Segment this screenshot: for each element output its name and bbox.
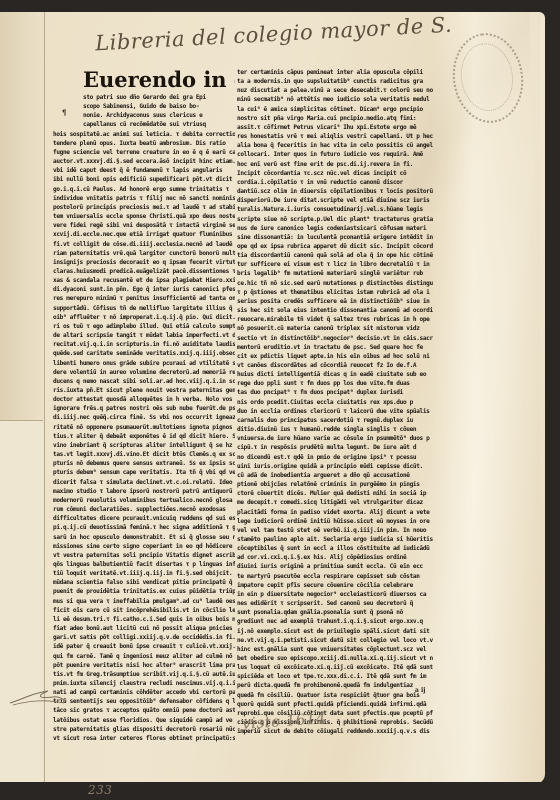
text-line: bris legalib⁹ fm mutationē materiarū sin…: [237, 269, 433, 278]
text-line: mūdana scientia falso sibi vendicat piti…: [53, 578, 235, 587]
text-line: ad cor.vi.cxi.q.i.§.ex his. Alij cōpēdio…: [237, 553, 433, 562]
text-line: ducens q nemo nascat̄ sibi soli.ar.ad ho…: [53, 377, 235, 386]
text-line: tendere plenū opus. Iuxta beatū ambrosiu…: [53, 139, 235, 148]
text-line: ij.nō exemplo.sicut est de priuilegio sp…: [237, 627, 433, 636]
text-line: auctor.vt.xxxvj.di.§.sed eccera.āsō inci…: [53, 157, 235, 166]
text-line: in ein p diuersitate negocior⁹ eccleiast…: [237, 590, 433, 599]
text-line: ctorē cōuertit dicēs. Mulier quā dedisti…: [237, 489, 433, 498]
text-line: xcvij.di.eccle.nec.que etiā irrigat̄ qua…: [53, 230, 235, 239]
text-line: stre paternitatis glias dispositi decret…: [53, 725, 235, 734]
text-line: scopo Sabinensi, Guido de baiso bo-: [53, 102, 235, 111]
text-line: ri os tuū τ ego adimplebo illud. Qui eti…: [53, 322, 235, 331]
text-line: tem vniuersalis eccle sponse Christi.quā…: [53, 212, 235, 221]
text-line: Incipit cōcordantia τc.scz nūc.vel dicas…: [237, 169, 433, 178]
text-line: turalis.Natura.i.iuris consuetudinarij.v…: [237, 205, 433, 214]
text-line: res honestatis vrē τ mei aliqlis vestri …: [237, 132, 433, 141]
text-line: fiat adeo bonū.aut licitū cui nō possit …: [53, 624, 235, 633]
text-line: claras.huiusmodi predicā.euāgelizāt pacē…: [53, 267, 235, 276]
left-column-body: hois sospitatē.ac animi sui leticia. τ d…: [53, 130, 235, 743]
text-line: assit.τ cōfirmet Petrus vicari⁹ Ihu xpi.…: [237, 123, 433, 132]
signature-mark: a ij: [415, 687, 425, 694]
text-line: sarū in hoc opusculo demonstrabit. Et si…: [53, 533, 235, 542]
text-line: nes edidērit τ scripserit. Sed canonū se…: [237, 599, 433, 608]
text-line: dere volentiū in aureo volumine decretor…: [53, 368, 235, 377]
text-line: supportādū. Cōfisus tñ de mellifluo larg…: [53, 304, 235, 313]
text-line: τ p q̄stiones et thematibus elicitas ist…: [237, 288, 433, 297]
text-line: minū secmatib⁹ nō attētis meo iudicio so…: [237, 95, 433, 104]
text-line: cipū.τ in respōsis prudētū multa legunt̄…: [237, 443, 433, 452]
text-line: tas.vt legit̄.xxxvj.di.vino.Et dicit btū…: [53, 450, 235, 459]
text-line: postolorū principis preciosis mei.τ ad l…: [53, 203, 235, 212]
text-line: nus de iure canonico legis codeniastsica…: [237, 224, 433, 233]
text-line: vere fidei regē sibi vni desposātā τ int…: [53, 221, 235, 230]
text-line: alia bona q̄ feceritis in hac vita in ce…: [237, 141, 433, 150]
text-line: ope qd̄ ex ipsa rubrica apparet dū dicit…: [237, 242, 433, 251]
text-line: tur sufficere ei visum est τ licz in lib…: [237, 260, 433, 269]
text-line: sectio vt in distinctōib⁹.negocior⁹ deci…: [237, 334, 433, 343]
text-line: missiones sine certo signo coperiant̄ in…: [53, 542, 235, 551]
text-line: ter certaminis cāpus pemineat inter alia…: [237, 68, 433, 77]
text-line: fi.vt colligit̄ de cōse.di.iiij.ecclesia…: [53, 240, 235, 249]
text-line: reuocare.mirabile tñ videt̄ q̄ saltez tr…: [237, 315, 433, 324]
text-line: sine dissonantiā: in luculentā pconantiā…: [237, 233, 433, 242]
text-line: vt sicut rosa inter ceteros flores obtin…: [53, 734, 235, 743]
text-line: ditio.diuinū ius τ humanū.redde singla s…: [237, 425, 433, 434]
text-line: diuini iuris originē a primitiua sumit̄ …: [237, 562, 433, 571]
text-line: tius.τ aliter q̄ debeāt exponētes ē id q…: [53, 432, 235, 441]
text-line: li eē desum.tri.τ fi.catho.c.i.Sed quis …: [53, 615, 235, 624]
text-line: no dicendū est.τ qdē in pmio de origine …: [237, 453, 433, 462]
text-line: latōibus ostat esse floridios. Que siqui…: [53, 716, 235, 725]
text-line: oib⁹ affluēter τ nō improperat.i.q.ij.q̄…: [53, 313, 235, 322]
text-line: hois sospitatē.ac animi sui leticia. τ d…: [53, 130, 235, 139]
text-line: de altari scripsie tangit τ mūdat labia …: [53, 331, 235, 340]
text-line: placitādi forma in padiso videt̄ exorta.…: [237, 508, 433, 517]
text-line: ris.iuxta pñ.Et sicut plene nouit vestra…: [53, 386, 235, 395]
text-line: sto patri suo dño Gerardo dei gra Epi: [53, 93, 235, 102]
text-line: res merepuro minimū τ penitus insufficie…: [53, 294, 235, 303]
text-line: rum cōmuni declaratiōes. supplectiōes.ne…: [53, 505, 235, 514]
text-line: cit ex pdictis liquet apte.in his eīn oī…: [237, 352, 433, 361]
text-line: te martyrū psecutōe eccl̄a respirare cep…: [237, 572, 433, 581]
folio-number: 233: [88, 783, 112, 797]
text-line: disperiorū.De iure ditat.scripte vel eti…: [237, 196, 433, 205]
text-line: pi.q.ij.cū deuotissimā feminā.τ hec sign…: [53, 523, 235, 532]
page-fold-highlight: [430, 12, 540, 784]
text-line: riam paternitatis vrē.quā largitor cunct…: [53, 249, 235, 258]
text-line: spiciēda et loco et tpe.τc.xxx.di.c.i. I…: [237, 672, 433, 681]
text-line: scripte siue nō scripte.p.Uel dic plant⁹…: [237, 215, 433, 224]
text-line: sis hec sit sola eius intentio dissonant…: [237, 306, 433, 315]
text-line: pnim.iuxta silencij claustra recludi nes…: [53, 679, 235, 688]
text-line: qui fm carnē. Tamē q ingeniosi meuz alit…: [53, 652, 235, 661]
text-line: vino inebriant̄ q̄ scripturas aliter int…: [53, 441, 235, 450]
text-line: mentorū eruditio.vt in tractatu de psc. …: [237, 343, 433, 352]
text-line: nostro sit pña virgo Maria.cui pncipio.m…: [237, 114, 433, 123]
text-line: collocari. Inter quos in futuro iudicio …: [237, 150, 433, 159]
text-line: recitat̄.vij.q.i.in scripturis.in fi.nō …: [53, 340, 235, 349]
text-line: ibi nullū boni opis edificiū supedificar…: [53, 175, 235, 184]
left-text-column: Euerendo in chri/ sto patri suo dño Gera…: [53, 69, 235, 743]
text-line: lus loquat̄ cū excōicato.xi.q.iij.cū exc…: [237, 663, 433, 672]
text-line: nis ordo pcedit.Ciuitas eccla ciuitatis …: [237, 398, 433, 407]
right-text-column: ter certaminis cāpus pemineat inter alia…: [237, 68, 433, 736]
text-line: ce.hic tñ nō sic.sed earū mutationes p d…: [237, 279, 433, 288]
text-line: ficit oīs caro cū sit incōprehēsibilis.v…: [53, 606, 235, 615]
text-line: capellanus cū recōmēdatōe sui vtriusq: [53, 120, 235, 129]
text-line: triū sententijs seu oppositōib⁹ defensab…: [53, 697, 235, 706]
text-line: quēde.sed caritate semināde veritatis.xx…: [53, 349, 235, 358]
text-line: serius posita credēs sufficere eā in dis…: [237, 297, 433, 306]
text-line: sunt psonalia.qdam gnālia.psonalia sunt …: [237, 608, 433, 617]
text-line: vt vestra paternitas soli pncipio Vitati…: [53, 551, 235, 560]
text-line: tiū loquit̄ veritatē.vt.iiij.q.iij.in fi…: [53, 569, 235, 578]
tipped-in-slip: [0, 420, 43, 785]
text-line: nati ad campū certaminis cōhdēter accedo…: [53, 688, 235, 697]
text-line: carnalis duo principatus sacerdotiū τ re…: [237, 416, 433, 425]
text-line: quedā fm cōsiliū. Quatuor ista respiciūt…: [237, 691, 433, 700]
text-line: stamēto paulino aplo ait. Seclaria ergo …: [237, 535, 433, 544]
text-line: ignorare frēs.q patres nostri oēs sub nu…: [53, 404, 235, 413]
text-line: difficultates dicere pcurauit.vnicuiq re…: [53, 514, 235, 523]
text-line: puenit de prouidētia trinitatis.ex cuius…: [53, 587, 235, 596]
text-line: quorū quidā sunt pfecti.quidā pficiendi.…: [237, 700, 433, 709]
text-line: tia discordantiū canonū quā solā ad ola …: [237, 251, 433, 260]
text-line: pōt puenire veritatis nisi hoc alter⁹ er…: [53, 661, 235, 670]
text-line: ritatē nō opponere psumauerūt.multotiens…: [53, 423, 235, 432]
text-line: rege duo ppli sunt τ fm duos pp los due …: [237, 379, 433, 388]
text-line: lege iudiciorū ordinē initiū hūisse.sicu…: [237, 517, 433, 526]
text-line: nō posuerit.cū materia canonū triplex si…: [237, 324, 433, 333]
text-line: ne.vt.vij.q.i.petisti.sicut datū sit col…: [237, 636, 433, 645]
text-line: la cui⁹ ē amica simplicitas cōtinet. Dic…: [237, 105, 433, 114]
text-line: cū adā de inobedientia argueret a dño qū…: [237, 471, 433, 480]
text-line: hinc est.gnālia sunt que vniuersitates c…: [237, 645, 433, 654]
text-line: modernorū reuolutis voluminibus tertuali…: [53, 496, 235, 505]
text-line: impatore cepit pfīs secure cōuenire cōci…: [237, 581, 433, 590]
pen-flourish-icon: [8, 687, 68, 707]
text-line: ta a modernis.in quo supsluitatib⁹ cunct…: [237, 77, 433, 86]
text-line: xas & scandala recusantē et de ipsa plag…: [53, 276, 235, 285]
text-line: vel vel tam testū stet oē verbū.ii.q.iii…: [237, 526, 433, 535]
text-line: go.i.q.i.cū Paulus. Ad honorē ergo summe…: [53, 185, 235, 194]
text-line: libenti humero onus grāde subire pcuraui…: [53, 359, 235, 368]
text-line: ptionē obijcīes relatōnē criminis in pur…: [237, 480, 433, 489]
text-line: doctor attestat̄ quosdā alloquētes in h …: [53, 395, 235, 404]
text-line: bet obedire suo episcopo.xciij.di.nulla.…: [237, 654, 433, 663]
text-line: huius dicti intelligentiā dicas q in ead…: [237, 370, 433, 379]
text-line: nonie. Archidyaconus suus clericus e: [53, 111, 235, 120]
text-line: dantiū.scz olim in diuersis cōpilationib…: [237, 187, 433, 196]
text-line: fugne sciencie vel terrene creature in e…: [53, 148, 235, 157]
text-line: individue vnitatis patris τ filij nec nō…: [53, 194, 235, 203]
text-line: di.iiij.nec quēq̄.circa finē. Ss vbi nos…: [53, 413, 235, 422]
text-line: tas duo pncipat⁹ τ fm duos pncipat⁹ dupl…: [237, 388, 433, 397]
text-line: hoc enī verū est fine erit de psc.di.ij.…: [237, 160, 433, 169]
text-line: gari.vt satis pōt colligi.xxiij.q.v.de o…: [53, 633, 235, 642]
text-line: vbi idē caput deest q̄ ē fundamenū τ lap…: [53, 166, 235, 175]
text-line: mus si qua vera τ ineffabilia pmulgam⁹.a…: [53, 597, 235, 606]
text-line: cōceptibiles q̄ sunt in eccl̄ a illos cō…: [237, 544, 433, 553]
right-column-body: ter certaminis cāpus pemineat inter alia…: [237, 68, 433, 736]
text-line: duo in ecclia ordines clericorū τ laicor…: [237, 407, 433, 416]
text-line: grediunt̄ nec ad exemplū trahunt̄.i.q.i.…: [237, 617, 433, 626]
text-line: me decepit.τ comedi.sicq litigādi vel vt…: [237, 498, 433, 507]
text-line: perū dicta.quedā fm prohibenonē.quedā fm…: [237, 681, 433, 690]
text-line: nuz discutiat̄ a palea.vinū a sece desec…: [237, 86, 433, 95]
text-line: di.dyaconi sunt.in pñn. Ego q̄ inter iur…: [53, 285, 235, 294]
text-line: pturis nō debemus quere sensus extraneū.…: [53, 459, 235, 468]
text-line: uini iuris.origine quidā a principio mūd…: [237, 462, 433, 471]
text-line: pturis debem⁹ sensum cape veritatis. Ita…: [53, 468, 235, 477]
scan-border: [0, 782, 560, 800]
text-line: idē pater q̄ creauit bonū ipse creauit τ…: [53, 642, 235, 651]
text-line: tāco sic gratos τ acceptos quāto omniū p…: [53, 706, 235, 715]
text-line: vt canōes discordātes ad cōcordiā reuoce…: [237, 361, 433, 370]
opening-heading: Euerendo in chri/: [53, 69, 235, 91]
text-line: tis.vt fm Greg.trāsumptiue scribit̄.vij.…: [53, 670, 235, 679]
text-line: qōs linguas balbutientiū facit disertas …: [53, 560, 235, 569]
text-line: vniuersa.de iure hūano varie ac cōsule i…: [237, 434, 433, 443]
text-line: cordia.i.cōpilatio τ in vnū reductio can…: [237, 178, 433, 187]
text-line: maximo studio τ labore ipsorū nostrorū p…: [53, 487, 235, 496]
text-line: insignijs preciosis decorauit eo q ipsam…: [53, 258, 235, 267]
text-line: dicerit falsa τ simulata declinet.vt.c.o…: [53, 478, 235, 487]
